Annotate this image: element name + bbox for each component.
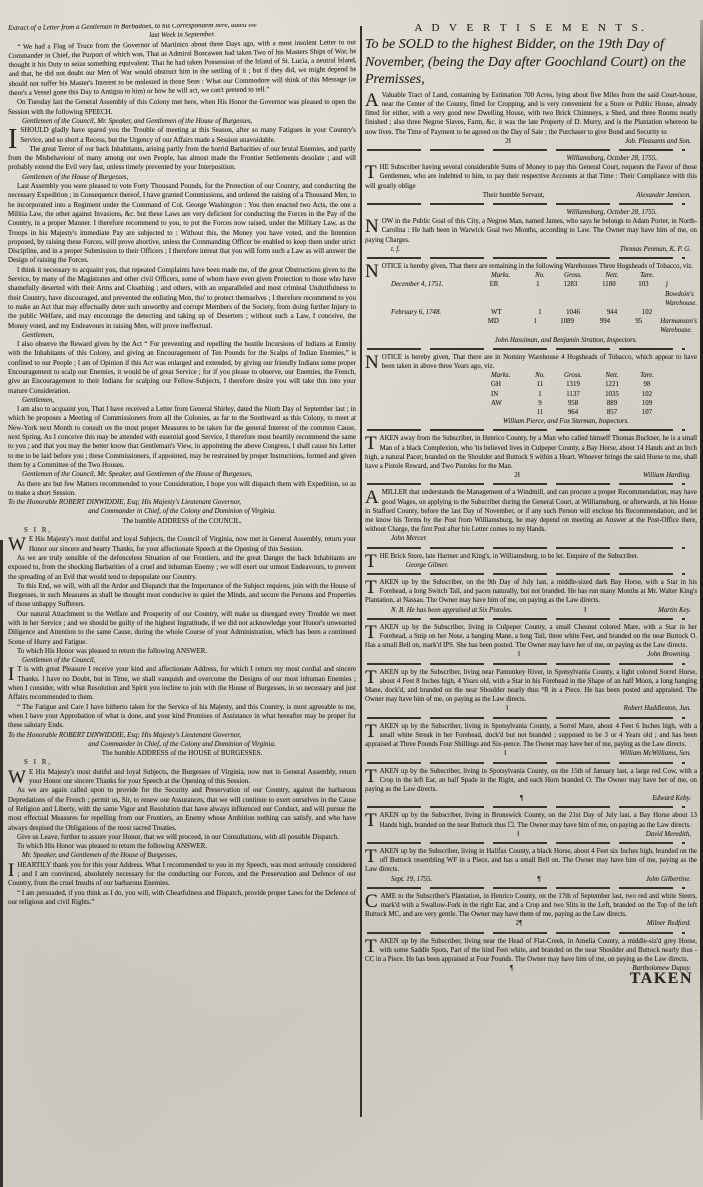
ad-insertion-mark: ¶ [432, 875, 646, 884]
tobacco-table-cell: 98 [631, 380, 663, 389]
ad-divider-rule [367, 806, 685, 808]
tobacco-table-cell: AW [491, 399, 527, 408]
ad-foot-note: t. f. [391, 245, 400, 254]
ad-foot-note: N. B. He has been appraised at Six Pisto… [391, 606, 513, 615]
council-address-to-line2: and Commander in Chief, of the Colony an… [8, 507, 356, 516]
ad-footer-row: ¶ Edward Keby. [365, 794, 697, 803]
page-columns: Extract of a Letter from a Gentleman in … [8, 24, 697, 1187]
tobacco-table-cell: Nett. [593, 371, 631, 380]
ad-footer-row: N. B. He has been appraised at Six Pisto… [365, 606, 697, 615]
ad-body: CAME to the Subscriber's Plantation, in … [365, 892, 697, 920]
tobacco-table-cell: IN [491, 390, 527, 399]
speech-drop-cap-1: I [8, 127, 17, 152]
ad-signature: Milner Redford. [647, 919, 691, 928]
ad-drop-cap: N [365, 354, 379, 371]
tobacco-table-cell: 1 [527, 390, 553, 399]
tobacco-table: Marks.No.Gross.Nett.Tare.GH111319122198I… [391, 371, 697, 417]
ad-footer-row: 2‖ Job. Pleasants and Son. [365, 137, 697, 146]
tobacco-table-cell [663, 390, 697, 399]
ad-divider-rule [367, 573, 685, 575]
advertisement: AMILLER that understands the Management … [365, 488, 697, 548]
speech-paragraph-4: I think it necessary to acquaint you, th… [8, 266, 356, 331]
ad-body-text: MILLER that understands the Management o… [365, 489, 697, 533]
advertisements-heading: A D V E R T I S E M E N T S. [365, 24, 697, 33]
column-divider-rule [360, 26, 362, 1117]
tobacco-table-cell: 11 [527, 380, 553, 389]
ad-divider-rule [367, 762, 685, 764]
ad-signature: Martin Key. [658, 606, 691, 615]
ad-insertion-mark: ‖ [513, 606, 659, 615]
tobacco-table-row: MD1108999495Harmanson's Warehouse. [391, 317, 697, 335]
tobacco-table-cell: Tare. [631, 371, 663, 380]
ad-body: NOTICE is hereby given, That there are r… [365, 262, 697, 271]
advertisement: THE Brick Store, late Harmer and King's,… [365, 552, 697, 575]
tobacco-table-cell: 958 [553, 399, 593, 408]
burgesses-answer-salutation: Mr. Speaker, and Gentlemen of the House … [8, 851, 356, 860]
ad-body: TAKEN up by the Subscriber, living in Br… [365, 811, 697, 829]
ad-drop-cap: T [365, 553, 377, 570]
ad-insertion-mark: 2‖ [391, 471, 643, 480]
ad-body-text: AKEN up by the Subscriber, living in Bru… [380, 812, 697, 828]
ad-body: TAKEN up by the Subscriber, living near … [365, 937, 697, 965]
advertisement: Williamsburg, October 28, 1755. THE Subs… [365, 154, 697, 205]
ad-body-text: AKEN up by the Subscriber, living in Spo… [365, 768, 697, 793]
ad-dateline: Williamsburg, October 28, 1755. [365, 208, 697, 217]
ad-body: TAKEN up by the Subscriber, living near … [365, 668, 697, 705]
tobacco-table-cell: No. [527, 371, 553, 380]
ad-drop-cap: A [365, 489, 379, 506]
tobacco-table-cell: 1089 [548, 317, 587, 335]
ad-insertion-mark: ‖ [391, 704, 624, 713]
inspectors-line: John Hassiman, and Benjamin Stratton, In… [365, 336, 697, 345]
tobacco-table-cell: 1137 [553, 390, 593, 399]
ad-signature: William McWilliams, Sen. [620, 749, 691, 758]
tobacco-table-cell [491, 408, 527, 417]
council-paragraph-1: WE His Majesty's most dutiful and loyal … [8, 535, 356, 554]
ad-drop-cap: T [365, 768, 377, 785]
ad-body-text: AKEN up by the Subscriber, living near P… [365, 669, 697, 704]
ad-body: THE Brick Store, late Harmer and King's,… [365, 552, 697, 561]
tobacco-table-cell: 1180 [590, 280, 627, 308]
advertisement: TAKEN up by the Subscriber, living near … [365, 668, 697, 719]
ad-divider-rule [367, 483, 685, 485]
speech-paragraph-7: As there are but few Matters recommended… [8, 480, 356, 499]
ad-drop-cap: N [365, 218, 379, 235]
burgesses-address-to-line2: and Commander in Chief, of the Colony an… [8, 740, 356, 749]
ad-body: THE Subscriber having several considerab… [365, 163, 697, 191]
ad-insertion-mark: ¶ [391, 964, 632, 973]
ad-foot-note: Sept. 19, 1755. [391, 875, 432, 884]
council-paragraph-2: As we are truly sensible of the defencel… [8, 554, 356, 582]
ad-body: TAKEN up by the Subscriber, living in Ha… [365, 847, 697, 875]
burgesses-drop-cap: W [8, 769, 26, 786]
ad-divider-rule [367, 887, 685, 889]
ad-drop-cap: T [365, 812, 377, 829]
right-column: A D V E R T I S E M E N T S. To be SOLD … [365, 24, 697, 1187]
ad-body: AMILLER that understands the Management … [365, 488, 697, 534]
speech-paragraph-5: I also observe the Reward given by the A… [8, 340, 356, 396]
tobacco-table-cell [391, 271, 491, 280]
ad-divider-rule [367, 348, 685, 350]
tobacco-table-row: GH111319122198 [391, 380, 697, 389]
advertisement: TAKEN up by the Subscriber, living in Sp… [365, 767, 697, 809]
advertisement: TAKEN away from the Subscriber, in Henri… [365, 434, 697, 485]
tobacco-table-cell: Marks. [491, 371, 527, 380]
tobacco-table-cell: February 6, 1748. [391, 308, 491, 317]
tobacco-table-cell [391, 408, 491, 417]
catchword: TAKEN [365, 974, 697, 983]
tobacco-table: Marks.No.Gross.Nett.Tare.December 4, 175… [391, 271, 697, 335]
ad-footer-row: t. f. Thomas Penman, K. P. G. [365, 245, 697, 254]
ad-divider-rule [367, 429, 685, 431]
tobacco-table-cell: 1035 [593, 390, 631, 399]
tobacco-table-row: Marks.No.Gross.Nett.Tare. [391, 371, 697, 380]
ad-body-text: AKEN away from the Subscriber, in Henric… [365, 435, 697, 470]
council-drop-cap: W [8, 536, 26, 553]
council-address-title: The humble ADDRESS of the COUNCIL. [8, 517, 356, 526]
burgesses-answer-intro: To which His Honor was pleased to return… [8, 842, 356, 851]
tobacco-table-cell: } Bowdoin's Warehouse. [659, 280, 697, 308]
tobacco-table-cell [391, 390, 491, 399]
ad-signature: William Harding. [643, 471, 691, 480]
tobacco-table-cell [663, 271, 697, 280]
advertisements-list: AValuable Tract of Land, containing by E… [365, 91, 697, 974]
ad-divider-rule [367, 842, 685, 844]
ad-signature: John Gilbertine. [646, 875, 691, 884]
burgesses-answer-paragraph-1-text: HEARTILY thank you for this your Address… [8, 861, 356, 888]
tobacco-table-row: February 6, 1748.WT11046944102 [391, 308, 697, 317]
tobacco-table-cell: 1 [525, 280, 551, 308]
ad-footer-row: ‖ David Meredith, [365, 830, 697, 839]
tobacco-table-row: December 4, 1751.ER112831180103} Bowdoin… [391, 280, 697, 308]
ad-signature: Job. Pleasants and Son. [625, 137, 691, 146]
tobacco-table-cell [663, 380, 697, 389]
ad-footer-row: ‖ Robert Huddleston, Jun. [365, 704, 697, 713]
tobacco-table-cell: Gross. [553, 271, 593, 280]
advertisement: NOTICE is hereby given, That there are i… [365, 353, 697, 432]
ad-divider-rule [367, 203, 685, 205]
council-answer-intro: To which His Honor was pleased to return… [8, 647, 356, 656]
ad-body: TAKEN away from the Subscriber, in Henri… [365, 434, 697, 471]
ad-body-text: AKEN up by the Subscriber, living in Spo… [365, 723, 697, 748]
ad-signature: Robert Huddleston, Jun. [624, 704, 691, 713]
ad-drop-cap: T [365, 669, 377, 686]
council-answer-drop-cap: I [8, 666, 14, 683]
speech-paragraph-3: Last Assembly you were pleased to vote F… [8, 182, 356, 266]
tobacco-table-row: 11964857107 [391, 408, 697, 417]
tobacco-table-row: AW9958889109 [391, 399, 697, 408]
ad-insertion-mark: 2¶ [391, 919, 647, 928]
ad-signature: David Meredith, [646, 830, 691, 839]
tobacco-table-cell [663, 308, 697, 317]
advertisement: NOTICE is hereby given, That there are r… [365, 262, 697, 350]
ad-divider-rule [367, 149, 685, 151]
tobacco-table-cell: 102 [631, 390, 663, 399]
burgesses-paragraph-1-text: E His Majesty's most dutiful and loyal S… [29, 768, 356, 785]
tobacco-table-cell: No. [527, 271, 553, 280]
council-paragraph-1-text: E His Majesty's most dutiful and loyal S… [29, 535, 356, 552]
ad-drop-cap: C [365, 893, 378, 910]
ad-signature: George Gilmer. [406, 561, 449, 570]
tobacco-table-cell: 11 [527, 408, 553, 417]
ad-insertion-mark: ‖ [391, 650, 647, 659]
tobacco-table-cell: 103 [628, 280, 660, 308]
ad-body: AValuable Tract of Land, containing by E… [365, 91, 697, 137]
ad-body-text: OTICE is hereby given, That there are in… [382, 354, 697, 370]
ad-body-text: Valuable Tract of Land, containing by Es… [365, 92, 697, 136]
flag-of-truce-paragraph: “ We had a Flag of Truce from the Govern… [8, 38, 356, 99]
ad-divider-rule [367, 663, 685, 665]
speech-paragraph-2: The great Terror of our back Inhabitants… [8, 145, 356, 173]
ad-body: TAKEN up by the Subscriber, living in Cu… [365, 623, 697, 651]
ad-footer-row: ‖ William McWilliams, Sen. [365, 749, 697, 758]
tobacco-table-cell [391, 371, 491, 380]
speech-salutation-2: Gentlemen of the House of Burgesses, [8, 173, 356, 182]
ad-insertion-mark: ‖ [391, 830, 646, 839]
council-answer-paragraph-1-text: T is with great Pleasure I receive your … [8, 665, 356, 701]
ad-divider-rule [367, 257, 685, 259]
ad-body-text: AKEN up by the Subscriber, living near t… [365, 938, 697, 963]
speech-paragraph-6: I am also to acquaint you, That I have r… [8, 405, 356, 470]
ad-divider-rule [367, 618, 685, 620]
tobacco-table-cell [663, 371, 697, 380]
council-address-sir: S I R, [8, 526, 356, 535]
newspaper-page: Extract of a Letter from a Gentleman in … [0, 0, 703, 1187]
council-paragraph-4: Our natural Attachment to the Welfare an… [8, 610, 356, 647]
ad-signature: Alexander Jamison. [636, 191, 691, 200]
advertisement: TAKEN up by the Subscriber, living in Cu… [365, 623, 697, 665]
ad-signature: Thomas Penman, K. P. G. [620, 245, 691, 254]
ad-signature: Edward Keby. [652, 794, 691, 803]
tobacco-table-cell: 1 [523, 317, 548, 335]
ad-footer-row: Sept. 19, 1755. ¶ John Gilbertine. [365, 875, 697, 884]
advertisement: AValuable Tract of Land, containing by E… [365, 91, 697, 151]
ad-drop-cap: T [365, 723, 377, 740]
ad-insertion-mark: ‖ [391, 749, 620, 758]
burgesses-address-to-line1: To the Honorable ROBERT DINWIDDIE, Esq; … [8, 731, 356, 740]
tobacco-table-cell: 1319 [553, 380, 593, 389]
ad-signature: John Mercer. [391, 534, 427, 543]
advertisement: TAKEN up by the Subscriber, living in Br… [365, 811, 697, 844]
left-column: Extract of a Letter from a Gentleman in … [8, 24, 356, 1187]
ad-drop-cap: T [365, 579, 377, 596]
ad-footer-row: Their humble Servant, Alexander Jamison. [365, 191, 697, 200]
ad-footer-row: ‖ John Browning. [365, 650, 697, 659]
council-address-to-line1: To the Honorable ROBERT DINWIDDIE, Esq; … [8, 498, 356, 507]
ad-footer-row: George Gilmer. [380, 561, 697, 570]
tobacco-table-cell: 1 [527, 308, 553, 317]
tobacco-table-cell: 95 [623, 317, 654, 335]
burgesses-paragraph-1: WE His Majesty's most dutiful and loyal … [8, 768, 356, 787]
burgesses-paragraph-3: Give us Leave, further to assure your Ho… [8, 833, 356, 842]
ad-body-text: AKEN up by the Subscriber, living in Cul… [365, 624, 697, 649]
advertisement: TAKEN up by the Subscriber, on the 9th D… [365, 578, 697, 620]
tobacco-table-cell: 107 [631, 408, 663, 417]
ad-divider-rule [367, 717, 685, 719]
tobacco-table-cell: 1221 [593, 380, 631, 389]
tobacco-table-cell: 857 [593, 408, 631, 417]
tobacco-table-cell: 1283 [551, 280, 590, 308]
tobacco-table-cell: MD [488, 317, 523, 335]
ad-insertion-mark: ¶ [391, 794, 652, 803]
tobacco-table-cell: Marks. [491, 271, 527, 280]
ad-drop-cap: A [365, 92, 379, 109]
tobacco-table-row: Marks.No.Gross.Nett.Tare. [391, 271, 697, 280]
ad-body: TAKEN up by the Subscriber, on the 9th D… [365, 578, 697, 606]
council-paragraph-3: To this End, we will, with all the Ardor… [8, 582, 356, 610]
assembly-paragraph: On Tuesday last the General Assembly of … [8, 98, 356, 117]
speech-salutation-3: Gentlemen, [8, 331, 356, 340]
burgesses-answer-paragraph-1: IHEARTILY thank you for this your Addres… [8, 861, 356, 889]
advertisement: Williamsburg, October 28, 1755. NOW in t… [365, 208, 697, 259]
advertisement: TAKEN up by the Subscriber, living in Sp… [365, 722, 697, 764]
extract-letter-section: Extract of a Letter from a Gentleman in … [8, 24, 356, 98]
inspectors-line: William Pierce, and Fox Sturman, Inspect… [365, 417, 697, 426]
burgesses-address-title: The humble ADDRESS of the HOUSE of BURGE… [8, 749, 356, 758]
ad-divider-rule [367, 547, 685, 549]
speech-salutation-5: Gentlemen of the Council, Mr. Speaker, a… [8, 470, 356, 479]
tobacco-table-cell [391, 317, 488, 335]
tobacco-table-cell: 944 [593, 308, 631, 317]
speech-salutation-4: Gentlemen, [8, 396, 356, 405]
ad-footer-row: 2‖ William Harding. [365, 471, 697, 480]
ad-drop-cap: T [365, 624, 377, 641]
ad-drop-cap: T [365, 164, 377, 181]
ad-drop-cap: T [365, 938, 377, 955]
ad-signature: John Browning. [647, 650, 691, 659]
tobacco-table-cell: 109 [631, 399, 663, 408]
tobacco-table-cell: December 4, 1751. [391, 280, 490, 308]
advertisement: CAME to the Subscriber's Plantation, in … [365, 892, 697, 934]
tobacco-table-cell [663, 399, 697, 408]
ad-body-text: AKEN up by the Subscriber, living in Hal… [365, 848, 697, 873]
speech-salutation-1: Gentlemen of the Council, Mr. Speaker, a… [8, 117, 356, 126]
scan-edge-left [0, 540, 3, 1187]
ad-body-text: OW in the Public Goal of this City, a Ne… [365, 218, 697, 243]
speech-paragraph-1-text: SHOULD gladly have spared you the Troubl… [20, 126, 356, 143]
tobacco-table-cell [391, 380, 491, 389]
council-answer-paragraph-1: IT is with great Pleasure I receive your… [8, 665, 356, 702]
ad-body-text: OTICE is hereby given, That there are re… [382, 263, 693, 270]
tobacco-table-cell: 994 [587, 317, 624, 335]
tobacco-table-cell: WT [491, 308, 527, 317]
tobacco-table-cell: ER [490, 280, 525, 308]
ad-drop-cap: T [365, 435, 377, 452]
ad-body-text: HE Subscriber having several considerabl… [365, 164, 697, 189]
council-answer-paragraph-2: “ The Fatigue and Care I have hitherto t… [8, 703, 356, 731]
tobacco-table-cell: 889 [593, 399, 631, 408]
ad-divider-rule [367, 932, 685, 934]
ad-body: NOTICE is hereby given, That there are i… [365, 353, 697, 371]
advertisement: TAKEN up by the Subscriber, living in Ha… [365, 847, 697, 889]
speech-paragraph-1: ISHOULD gladly have spared you the Troub… [8, 126, 356, 145]
ad-body: TAKEN up by the Subscriber, living in Sp… [365, 722, 697, 750]
tobacco-table-cell: GH [491, 380, 527, 389]
advertisement: TAKEN up by the Subscriber, living near … [365, 937, 697, 974]
ad-insertion-mark: Their humble Servant, [391, 191, 636, 200]
tobacco-table-cell: Gross. [553, 371, 593, 380]
ad-footer-row: John Mercer. [365, 534, 697, 543]
tobacco-table-cell: 102 [631, 308, 663, 317]
ad-body-text: AME to the Subscriber's Plantation, in H… [365, 893, 697, 918]
tobacco-table-row: IN111371035102 [391, 390, 697, 399]
ad-body: TAKEN up by the Subscriber, living in Sp… [365, 767, 697, 795]
ad-body: NOW in the Public Goal of this City, a N… [365, 217, 697, 245]
ad-body-text: AKEN up by the Subscriber, on the 9th Da… [365, 579, 697, 604]
tobacco-table-cell: 1046 [553, 308, 593, 317]
tobacco-table-cell: Tare. [631, 271, 663, 280]
ad-drop-cap: N [365, 263, 379, 280]
tobacco-table-cell: Nett. [593, 271, 631, 280]
ad-body-text: HE Brick Store, late Harmer and King's, … [380, 553, 639, 560]
ad-footer-row: 2¶ Milner Redford. [365, 919, 697, 928]
burgesses-answer-paragraph-2: “ I am persuaded, if you think as I do, … [8, 889, 356, 908]
burgesses-address-sir: S I R, [8, 758, 356, 767]
ad-dateline: Williamsburg, October 28, 1755. [365, 154, 697, 163]
tobacco-table-cell: 9 [527, 399, 553, 408]
burgesses-paragraph-2: As we are again called upon to provide f… [8, 786, 356, 832]
tobacco-table-cell: 964 [553, 408, 593, 417]
tobacco-table-cell [663, 408, 697, 417]
burgesses-answer-drop-cap: I [8, 862, 14, 879]
ad-insertion-mark: 2‖ [391, 137, 625, 146]
ad-drop-cap: T [365, 848, 377, 865]
tobacco-table-cell: Harmanson's Warehouse. [654, 317, 697, 335]
sale-notice-heading: To be SOLD to the highest Bidder, on the… [365, 36, 697, 89]
tobacco-table-cell [391, 399, 491, 408]
